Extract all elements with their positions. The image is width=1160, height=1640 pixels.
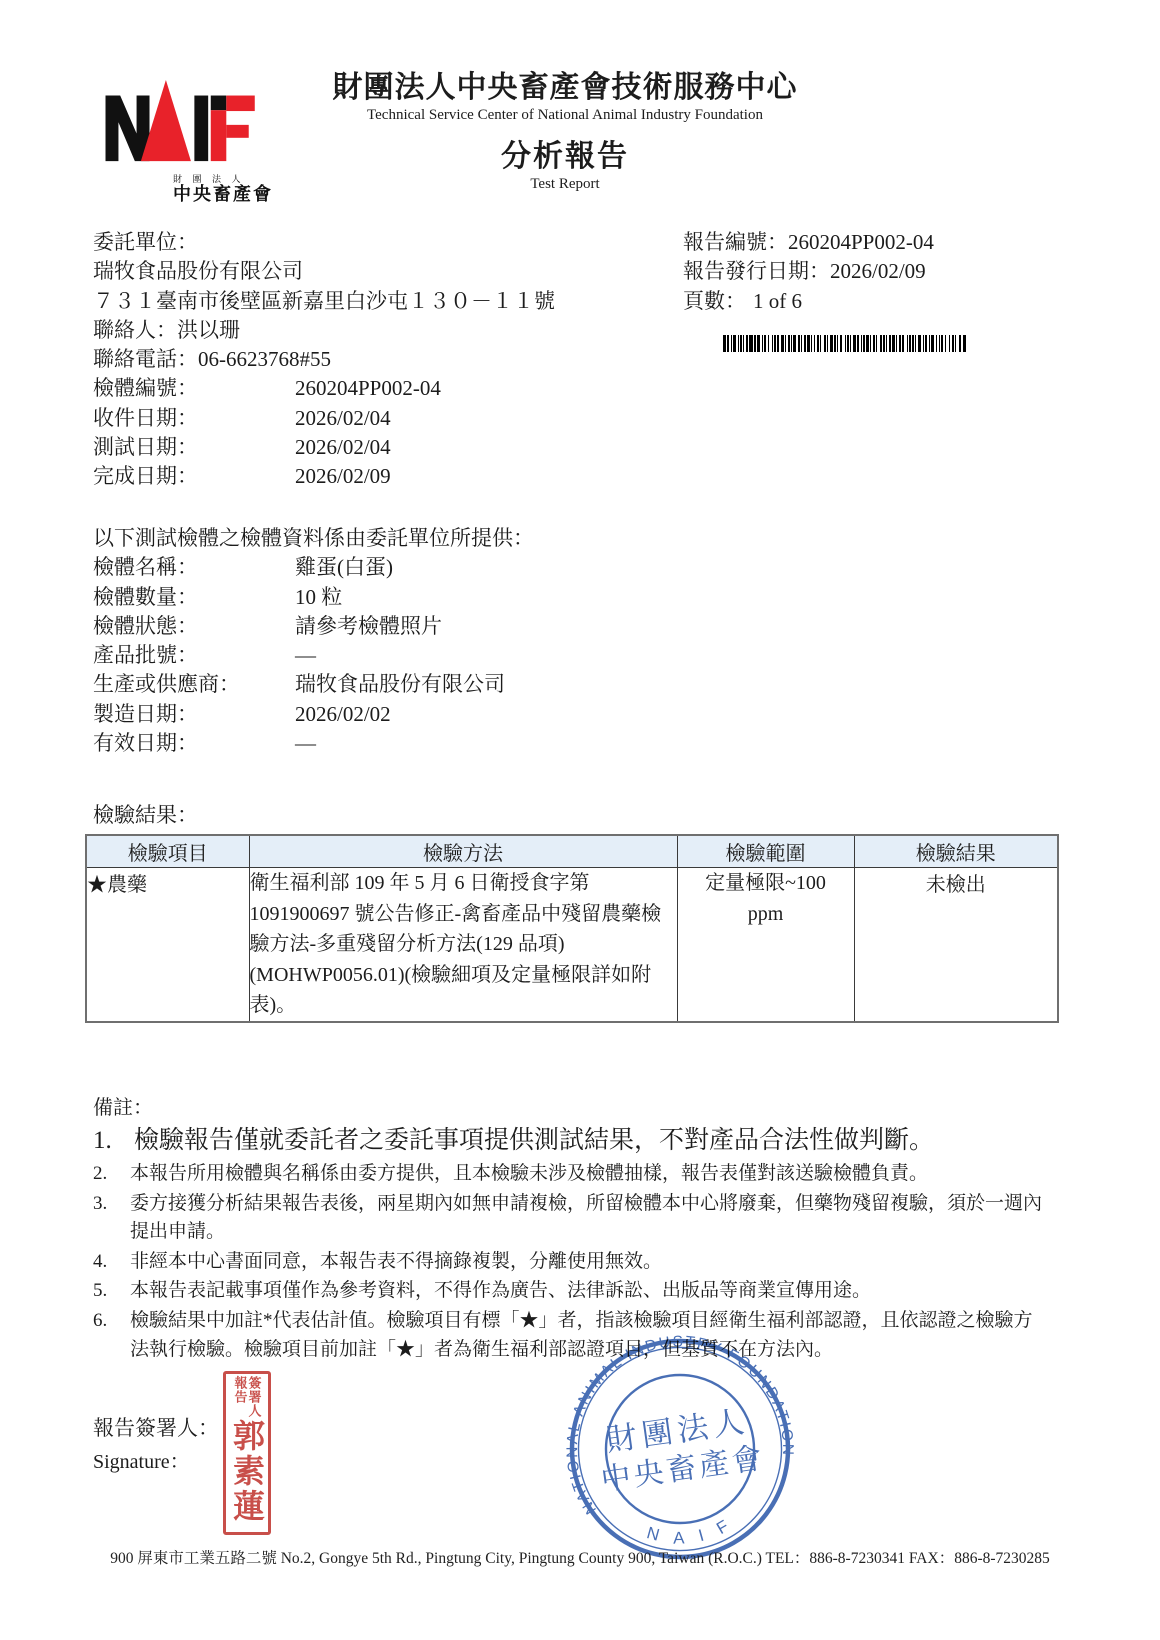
note-item-5: 5. 本報告表記載事項僅作為參考資料，不得作為廣告、法律訴訟、出版品等商業宣傳用…: [93, 1277, 1051, 1306]
sample-condition-row: 檢體狀態：請參考檢體照片: [93, 612, 793, 641]
barcode-image: [723, 335, 990, 352]
sample-name-row: 檢體名稱：雞蛋(白蛋): [93, 553, 793, 582]
stamp-signer-name: 郭素蓮: [231, 1419, 263, 1524]
sample-quantity-row: 檢體數量：10 粒: [93, 583, 793, 612]
report-number-row: 報告編號：260204PP002-04: [683, 228, 1103, 257]
col-test-range: 檢驗範圍: [677, 835, 854, 868]
client-label: 委託單位：: [93, 228, 693, 257]
cell-test-result: 未檢出: [854, 868, 1058, 1022]
col-test-result: 檢驗結果: [854, 835, 1058, 868]
footer-address: 900 屏東市工業五路二號 No.2, Gongye 5th Rd., Ping…: [0, 1546, 1160, 1568]
client-phone: 聯絡電話：06-6623768#55: [93, 345, 693, 374]
notes-label: 備註：: [93, 1091, 1051, 1120]
received-date-row: 收件日期：2026/02/04: [93, 404, 693, 433]
test-date-row: 測試日期：2026/02/04: [93, 433, 693, 462]
sample-intro: 以下測試檢體之檢體資料係由委託單位所提供：: [93, 524, 793, 553]
client-contact: 聯絡人：洪以珊: [93, 316, 693, 345]
report-meta-block: 報告編號：260204PP002-04 報告發行日期：2026/02/09 頁數…: [683, 228, 1103, 316]
manufacture-date-row: 製造日期：2026/02/02: [93, 700, 793, 729]
completed-date-row: 完成日期：2026/02/09: [93, 462, 693, 491]
report-title-en: Test Report: [0, 176, 1130, 193]
sample-id-row: 檢體編號：260204PP002-04: [93, 374, 693, 403]
cell-test-method: 衛生福利部 109 年 5 月 6 日衛授食字第 1091900697 號公告修…: [249, 868, 677, 1022]
batch-number-row: 產品批號：—: [93, 641, 793, 670]
signer-label-zh: 報告簽署人：: [93, 1412, 219, 1442]
cell-test-range: 定量極限~100 ppm: [677, 868, 854, 1022]
note-item-2: 2. 本報告所用檢體與名稱係由委方提供，且本檢驗未涉及檢體抽樣，報告表僅對該送驗…: [93, 1160, 1051, 1189]
col-test-item: 檢驗項目: [86, 835, 249, 868]
stamp-column-left: 報告: [234, 1376, 247, 1418]
signer-label-en: Signature：: [93, 1445, 190, 1474]
test-report-page: 財 團 法 人 中央畜產會 財團法人中央畜產會技術服務中心 Technical …: [0, 0, 1160, 1640]
results-section-label: 檢驗結果：: [93, 799, 198, 829]
organization-title-en: Technical Service Center of National Ani…: [0, 107, 1130, 124]
sample-info-block: 以下測試檢體之檢體資料係由委託單位所提供： 檢體名稱：雞蛋(白蛋) 檢體數量：1…: [93, 524, 793, 758]
notes-section: 備註： 1. 檢驗報告僅就委託者之委託事項提供測試結果，不對產品合法性做判斷。 …: [93, 1091, 1051, 1364]
issue-date-row: 報告發行日期：2026/02/09: [683, 257, 1103, 286]
note-item-3: 3. 委方接獲分析結果報告表後，兩星期內如無申請複檢，所留檢體本中心將廢棄，但藥…: [93, 1190, 1051, 1247]
signer-red-stamp: 簽署人 報告 郭素蓮: [223, 1371, 271, 1535]
note-item-1: 1. 檢驗報告僅就委託者之委託事項提供測試結果，不對產品合法性做判斷。: [93, 1124, 1051, 1157]
client-name: 瑞牧食品股份有限公司: [93, 257, 693, 286]
results-data-row: ★農藥 衛生福利部 109 年 5 月 6 日衛授食字第 1091900697 …: [86, 868, 1058, 1022]
results-table: 檢驗項目 檢驗方法 檢驗範圍 檢驗結果 ★農藥 衛生福利部 109 年 5 月 …: [85, 834, 1059, 1023]
client-address: ７３１臺南市後壁區新嘉里白沙屯１３０－１１號: [93, 287, 693, 316]
stamp-column-right: 簽署人: [248, 1376, 261, 1418]
report-header: 財團法人中央畜產會技術服務中心 Technical Service Center…: [0, 62, 1130, 193]
col-test-method: 檢驗方法: [249, 835, 677, 868]
organization-title-zh: 財團法人中央畜產會技術服務中心: [0, 62, 1130, 106]
results-header-row: 檢驗項目 檢驗方法 檢驗範圍 檢驗結果: [86, 835, 1058, 868]
client-info-block: 委託單位： 瑞牧食品股份有限公司 ７３１臺南市後壁區新嘉里白沙屯１３０－１１號 …: [93, 228, 693, 492]
producer-row: 生產或供應商：瑞牧食品股份有限公司: [93, 670, 793, 699]
expiry-date-row: 有效日期：—: [93, 729, 793, 758]
page-count-row: 頁數：1 of 6: [683, 287, 1103, 316]
report-title-zh: 分析報告: [0, 131, 1130, 175]
note-item-4: 4. 非經本中心書面同意，本報告表不得摘錄複製，分離使用無效。: [93, 1248, 1051, 1277]
cell-test-item: ★農藥: [86, 868, 249, 1022]
